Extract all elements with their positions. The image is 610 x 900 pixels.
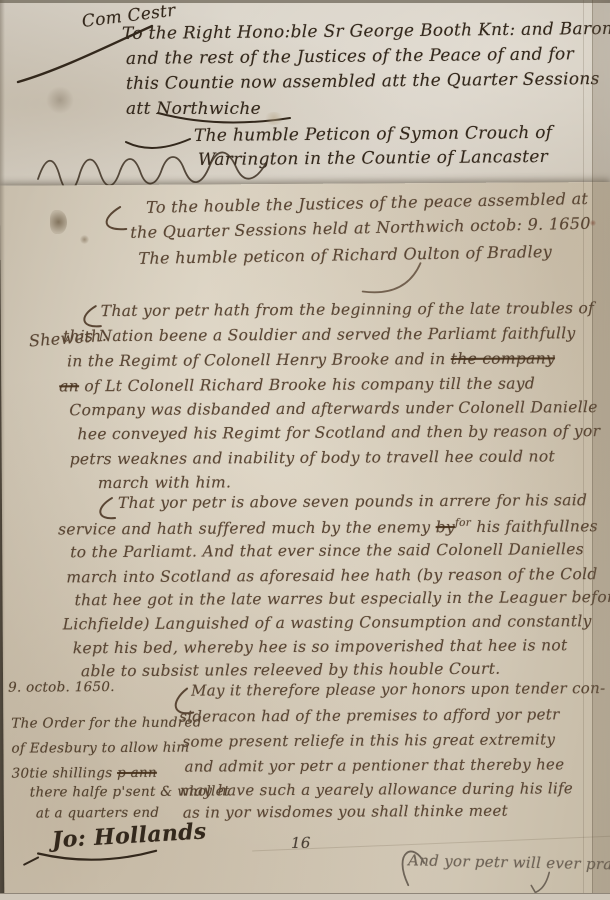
prayer-line-4: and admit yor petr a pentioner that ther… xyxy=(185,755,565,775)
body-p2-line-6: Lichfielde) Languished of a wasting Cons… xyxy=(63,612,592,633)
paragraph2-initial-flourish xyxy=(100,498,115,518)
body-p1-line-4-text: of Lt Colonell Richard Brooke his compan… xyxy=(79,374,535,395)
margin-order-line-3-text: 30tie shillings xyxy=(12,765,118,782)
body-p1-line-4: an of Lt Colonell Richard Brooke his com… xyxy=(59,374,535,395)
petition-title-line-2: Warrington in the Countie of Lancaster xyxy=(198,147,548,170)
body-p1-line-8: march with him. xyxy=(98,473,231,492)
body-p2-line-3: to the Parliamt. And that ever since the… xyxy=(70,540,584,561)
body-p2-line-2: service and hath suffered much by the en… xyxy=(58,516,598,538)
body-p2-line-1: That yor petr is above seven pounds in a… xyxy=(118,491,587,512)
body-p1-line-5: Company was disbanded and afterwards und… xyxy=(69,398,597,419)
struck-words: p ann xyxy=(117,765,157,781)
prayer-line-6: as in yor wisdomes you shall thinke meet xyxy=(183,802,508,822)
closing-descender-flourish xyxy=(531,872,549,892)
body-p2-line-5: that hee got in the late warres but espe… xyxy=(74,588,610,609)
margin-order-line-2: of Edesbury to allow him xyxy=(11,740,189,757)
margin-order-line-3: 30tie shillings p ann xyxy=(12,765,157,782)
body-p2-line-4: march into Scotland as aforesaid hee hat… xyxy=(66,565,597,586)
address-line-3: this Countie now assembled att the Quart… xyxy=(126,69,600,94)
body-p1-line-2: this Nation beene a Souldier and served … xyxy=(63,324,576,345)
heading-line-3: The humble peticon of Richard Oulton of … xyxy=(138,242,552,268)
front-sheet: To the houble the Justices of the peace … xyxy=(0,182,610,899)
body-p1-line-1: That yor petr hath from the beginning of… xyxy=(101,299,595,320)
prayer-line-3: some present reliefe in this his great e… xyxy=(182,730,555,750)
struck-words: the company xyxy=(451,349,555,368)
body-p2-line-8: able to subsist unles releeved by this h… xyxy=(81,660,501,681)
margin-date: 9. octob. 1650. xyxy=(8,679,115,696)
struck-word: an xyxy=(59,377,79,395)
heading-line-2: the Quarter Sessions held at Northwich o… xyxy=(130,214,591,242)
prayer-line-5: may have such a yearely allowance during… xyxy=(180,779,573,799)
body-p1-line-3: in the Regimt of Colonell Henry Brooke a… xyxy=(67,349,555,370)
body-p1-line-6: hee conveyed his Regimt for Scotland and… xyxy=(77,422,600,443)
bradley-descender-flourish xyxy=(362,263,420,292)
address-line-4: att Northwiche xyxy=(126,99,261,119)
prayer-line-2: sideracon had of the premises to afford … xyxy=(179,705,559,725)
address-line-2: and the rest of the Justices of the Peac… xyxy=(126,44,574,69)
margin-order-line-5: at a quarters end xyxy=(36,805,160,822)
manuscript-photo: Com Cestr To the Right Hono:ble Sr Georg… xyxy=(0,0,610,900)
margin-order-line-1: The Order for the hundred xyxy=(11,715,202,732)
body-p2-line-2-text: service and hath suffered much by the en… xyxy=(58,518,436,538)
inserted-word: for xyxy=(455,517,471,529)
heading-flourish xyxy=(107,207,127,229)
title-flourish xyxy=(126,139,190,148)
page-number: 16 xyxy=(291,834,311,852)
prayer-line-1: May it therefore please yor honors upon … xyxy=(191,679,605,700)
petition-title-line-1: The humble Peticon of Symon Crouch of xyxy=(194,123,553,146)
clerk-signature: Jo: Hollands xyxy=(51,818,207,853)
address-line-1: To the Right Hono:ble Sr George Booth Kn… xyxy=(122,19,610,44)
heading-line-1: To the houble the Justices of the peace … xyxy=(146,189,588,217)
paragraph1-initial-flourish xyxy=(84,306,101,326)
body-p2-line-2-end: his faithfullnes xyxy=(471,517,598,536)
body-p2-line-7: kept his bed, whereby hee is so impoveri… xyxy=(73,636,568,657)
signature-tail-flourish xyxy=(24,858,38,865)
struck-word: by xyxy=(436,518,455,536)
body-p1-line-3-text: in the Regimt of Colonell Henry Brooke a… xyxy=(67,350,451,370)
closing-line: And yor petr will ever pray xyxy=(408,851,610,873)
body-p1-line-7: petrs weaknes and inability of body to t… xyxy=(70,447,555,468)
